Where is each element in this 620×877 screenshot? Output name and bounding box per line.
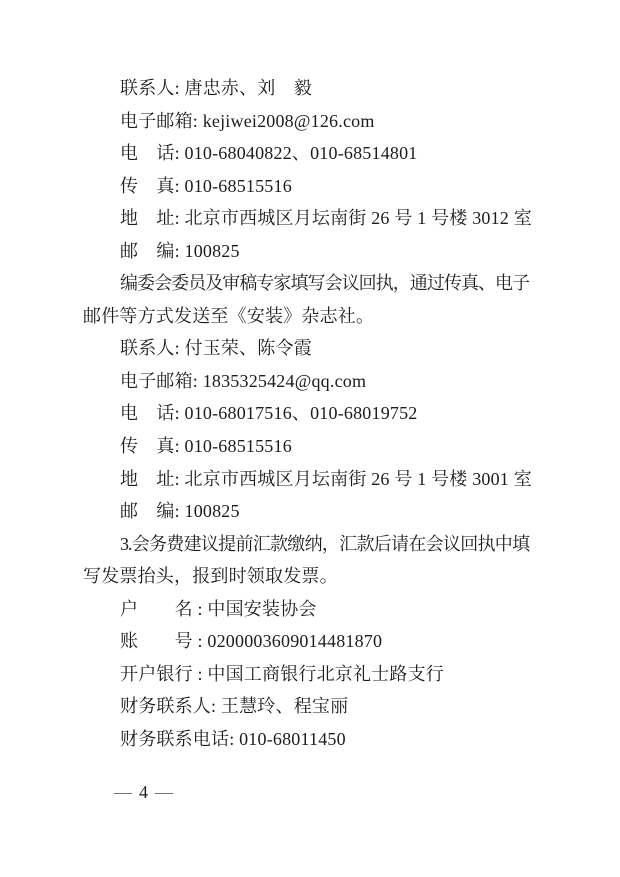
page-footer: —4— (114, 780, 173, 804)
contact2-email-line: 电子邮箱: 1835325424@qq.com (83, 365, 529, 398)
contact2-postcode-line: 邮 编: 100825 (83, 495, 529, 528)
finance-contact-person-line: 财务联系人: 王慧玲、程宝丽 (83, 690, 529, 723)
payment-paragraph-line1: 3.会务费建议提前汇款缴纳，汇款后请在会议回执中填 (83, 528, 529, 561)
contact1-person-line: 联系人: 唐忠赤、刘 毅 (83, 72, 529, 105)
editorial-paragraph-line2: 邮件等方式发送至《安装》杂志社。 (83, 300, 529, 333)
contact1-postcode-line: 邮 编: 100825 (83, 235, 529, 268)
contact2-person-line: 联系人: 付玉荣、陈令霞 (83, 332, 529, 365)
contact1-email-line: 电子邮箱: kejiwei2008@126.com (83, 105, 529, 138)
contact2-phone-line: 电 话: 010-68017516、010-68019752 (83, 397, 529, 430)
contact1-address-line: 地 址: 北京市西城区月坛南街 26 号 1 号楼 3012 室 (83, 202, 529, 235)
document-page: 联系人: 唐忠赤、刘 毅 电子邮箱: kejiwei2008@126.com 电… (0, 0, 620, 877)
bank-name-line: 开户银行 : 中国工商银行北京礼士路支行 (83, 658, 529, 691)
contact2-fax-line: 传 真: 010-68515516 (83, 430, 529, 463)
contact2-address-line: 地 址: 北京市西城区月坛南街 26 号 1 号楼 3001 室 (83, 463, 529, 496)
editorial-paragraph-line1: 编委会委员及审稿专家填写会议回执，通过传真、电子 (83, 267, 529, 300)
finance-contact-phone-line: 财务联系电话: 010-68011450 (83, 723, 529, 756)
page-number: 4 (139, 782, 148, 802)
payment-paragraph-line2: 写发票抬头，报到时领取发票。 (83, 560, 529, 593)
contact1-phone-line: 电 话: 010-68040822、010-68514801 (83, 137, 529, 170)
bank-account-name-line: 户 名 : 中国安装协会 (83, 593, 529, 626)
footer-right-dash: — (155, 782, 173, 802)
footer-left-dash: — (114, 782, 132, 802)
contact1-fax-line: 传 真: 010-68515516 (83, 170, 529, 203)
bank-account-number-line: 账 号 : 0200003609014481870 (83, 625, 529, 658)
document-body: 联系人: 唐忠赤、刘 毅 电子邮箱: kejiwei2008@126.com 电… (83, 72, 529, 755)
